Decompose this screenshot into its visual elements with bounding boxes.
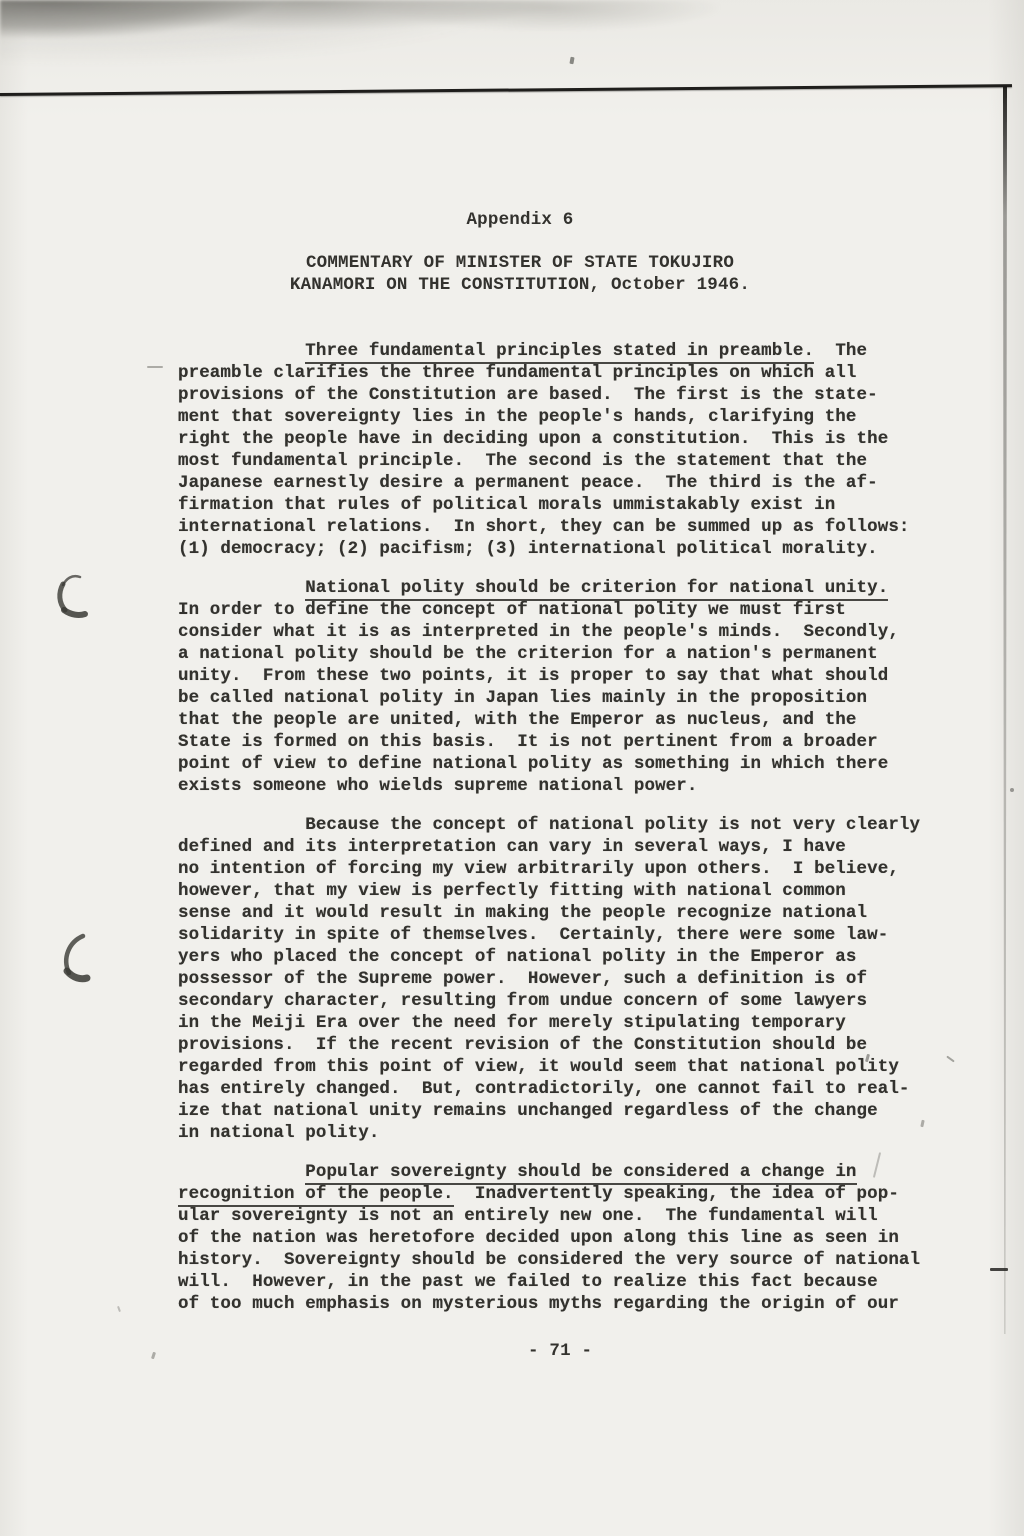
paragraph: Popular sovereignty should be considered… [178,1161,938,1315]
text-line: defined and its interpretation can vary … [178,836,938,858]
page-number: - 71 - [528,1341,592,1361]
text-segment: Because the concept of national polity i… [178,815,920,835]
scan-speckle [1010,788,1014,792]
text-line: has entirely changed. But, contradictori… [178,1078,938,1100]
text-line: history. Sovereignty should be considere… [178,1249,938,1271]
text-segment: Inadvertently speaking, the idea of pop- [454,1184,899,1204]
scan-smudge-artifact [0,0,720,72]
text-line: solidarity in spite of themselves. Certa… [178,924,938,946]
text-line: a national polity should be the criterio… [178,643,938,665]
text-segment: consider what it is as interpreted in th… [178,622,899,642]
text-line: yers who placed the concept of national … [178,946,938,968]
text-segment: ular sovereignty is not an entirely new … [178,1206,878,1226]
text-segment: of the nation was heretofore decided upo… [178,1228,899,1248]
text-line: Three fundamental principles stated in p… [178,340,938,362]
text-line: Popular sovereignty should be considered… [178,1161,938,1183]
scan-speckle [569,57,574,65]
text-line: sense and it would result in making the … [178,902,938,924]
text-segment: international relations. In short, they … [178,517,910,537]
text-line: regarded from this point of view, it wou… [178,1056,938,1078]
text-line: in the Meiji Era over the need for merel… [178,1012,938,1034]
text-segment: (1) democracy; (2) pacifism; (3) interna… [178,539,878,559]
text-segment: right the people have in deciding upon a… [178,429,888,449]
document-header: Appendix 6 COMMENTARY OF MINISTER OF STA… [16,209,1024,296]
text-segment [178,341,305,361]
text-line: secondary character, resulting from undu… [178,990,938,1012]
margin-pen-mark [48,570,100,626]
text-segment: defined and its interpretation can vary … [178,837,846,857]
scan-speckle [151,1352,156,1360]
text-segment: State is formed on this basis. It is not… [178,732,878,752]
text-line: consider what it is as interpreted in th… [178,621,938,643]
text-line: Because the concept of national polity i… [178,814,938,836]
text-line: no intention of forcing my view arbitrar… [178,858,938,880]
text-line: point of view to define national polity … [178,753,938,775]
paragraph: National polity should be criterion for … [178,577,938,797]
text-line: (1) democracy; (2) pacifism; (3) interna… [178,538,938,560]
text-segment: that the people are united, with the Emp… [178,710,857,730]
text-line: most fundamental principle. The second i… [178,450,938,472]
text-segment: The [814,341,867,361]
text-line: be called national polity in Japan lies … [178,687,938,709]
paragraph: Three fundamental principles stated in p… [178,340,938,560]
text-line: firmation that rules of political morals… [178,494,938,516]
paragraph: Because the concept of national polity i… [178,814,938,1144]
text-line: In order to define the concept of nation… [178,599,938,621]
text-segment: In order to define the concept of nation… [178,600,846,620]
section-heading: recognition of the people. [178,1184,454,1207]
text-segment: in national polity. [178,1123,379,1143]
text-line: recognition of the people. Inadvertently… [178,1183,938,1205]
text-segment: will. However, in the past we failed to … [178,1272,878,1292]
text-line: in national polity. [178,1122,938,1144]
text-line: unity. From these two points, it is prop… [178,665,938,687]
text-segment: provisions. If the recent revision of th… [178,1035,867,1055]
text-line: provisions of the Constitution are based… [178,384,938,406]
text-segment [178,578,305,598]
text-segment: history. Sovereignty should be considere… [178,1250,920,1270]
margin-pen-mark [50,930,102,986]
text-line: National polity should be criterion for … [178,577,938,599]
scan-speckle [117,1306,121,1312]
text-segment: a national polity should be the criterio… [178,644,878,664]
text-line: that the people are united, with the Emp… [178,709,938,731]
text-segment: sense and it would result in making the … [178,903,867,923]
text-segment: provisions of the Constitution are based… [178,385,878,405]
text-segment: yers who placed the concept of national … [178,947,857,967]
text-line: preamble clarifies the three fundamental… [178,362,938,384]
document-body: Three fundamental principles stated in p… [178,340,938,1315]
scan-speckle [946,1056,955,1063]
text-segment: ize that national unity remains unchange… [178,1101,878,1121]
text-segment: regarded from this point of view, it wou… [178,1057,899,1077]
text-line: State is formed on this basis. It is not… [178,731,938,753]
text-segment: secondary character, resulting from undu… [178,991,867,1011]
text-segment: Japanese earnestly desire a permanent pe… [178,473,878,493]
text-segment [178,1162,305,1182]
text-segment: exists someone who wields supreme nation… [178,776,697,796]
text-line: international relations. In short, they … [178,516,938,538]
title-line-2: KANAMORI ON THE CONSTITUTION, October 19… [16,274,1024,296]
text-line: however, that my view is perfectly fitti… [178,880,938,902]
title-line-1: COMMENTARY OF MINISTER OF STATE TOKUJIRO [16,252,1024,274]
text-line: ment that sovereignty lies in the people… [178,406,938,428]
text-line: ize that national unity remains unchange… [178,1100,938,1122]
text-segment: ment that sovereignty lies in the people… [178,407,857,427]
text-line: provisions. If the recent revision of th… [178,1034,938,1056]
text-segment: no intention of forcing my view arbitrar… [178,859,899,879]
text-segment: in the Meiji Era over the need for merel… [178,1013,846,1033]
text-segment: has entirely changed. But, contradictori… [178,1079,910,1099]
scanned-document-page: Appendix 6 COMMENTARY OF MINISTER OF STA… [0,0,1024,1536]
text-segment: possessor of the Supreme power. However,… [178,969,867,989]
text-segment: be called national polity in Japan lies … [178,688,867,708]
text-segment: however, that my view is perfectly fitti… [178,881,846,901]
text-segment: of too much emphasis on mysterious myths… [178,1294,899,1314]
text-line: of the nation was heretofore decided upo… [178,1227,938,1249]
text-line: possessor of the Supreme power. However,… [178,968,938,990]
text-line: ular sovereignty is not an entirely new … [178,1205,938,1227]
scan-speckle [990,1268,1008,1271]
text-segment: most fundamental principle. The second i… [178,451,867,471]
text-segment: firmation that rules of political morals… [178,495,835,515]
text-segment: preamble clarifies the three fundamental… [178,363,857,383]
section-heading: Popular sovereignty should be considered… [305,1162,856,1185]
section-heading: Three fundamental principles stated in p… [305,341,814,364]
text-segment: solidarity in spite of themselves. Certa… [178,925,888,945]
section-heading: National polity should be criterion for … [305,578,888,601]
text-line: right the people have in deciding upon a… [178,428,938,450]
text-segment: point of view to define national polity … [178,754,888,774]
text-segment: unity. From these two points, it is prop… [178,666,888,686]
document-title: COMMENTARY OF MINISTER OF STATE TOKUJIRO… [16,252,1024,296]
text-line: Japanese earnestly desire a permanent pe… [178,472,938,494]
scan-speckle [147,366,163,368]
text-line: exists someone who wields supreme nation… [178,775,938,797]
text-line: of too much emphasis on mysterious myths… [178,1293,938,1315]
top-rule-line [0,84,1012,96]
text-line: will. However, in the past we failed to … [178,1271,938,1293]
appendix-label: Appendix 6 [16,209,1024,231]
